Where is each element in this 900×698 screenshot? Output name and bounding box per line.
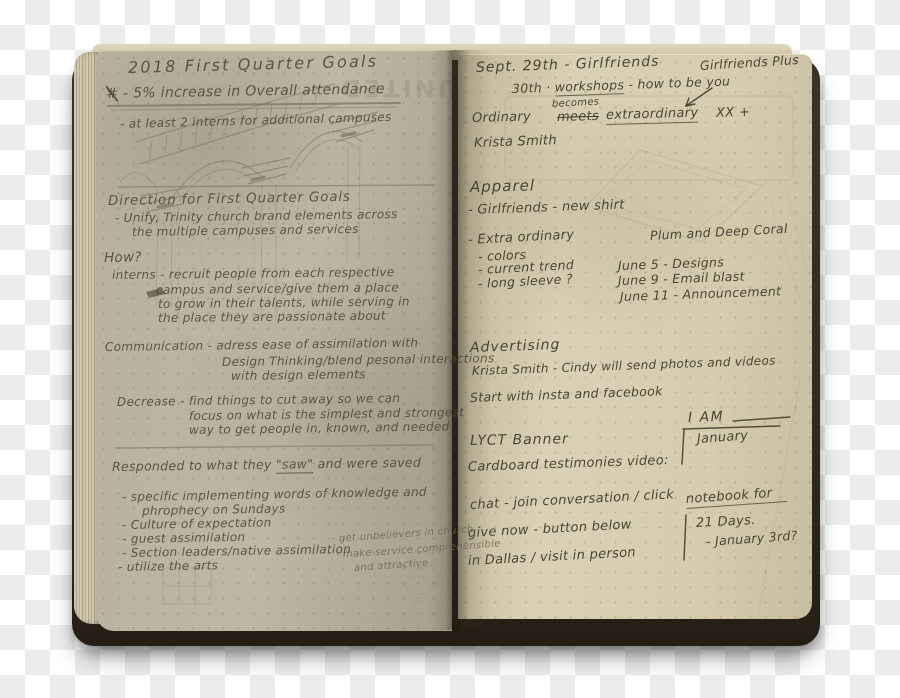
i-am-label: I AM [688, 409, 725, 426]
lyct-banner: LYCT Banner [470, 431, 569, 449]
responded-saw: "saw" [276, 456, 314, 474]
how-line4: the place they are passionate about [158, 309, 386, 325]
xx-plus: XX + [716, 105, 751, 121]
krista-smith-name: Krista Smith [474, 133, 557, 151]
crossed-hash-mark: # [106, 86, 118, 102]
workshops-underlined: workshops [554, 77, 624, 96]
apparel-heading: Apparel [470, 176, 536, 196]
ordinary-word: Ordinary [472, 109, 531, 126]
comm-line3: with design elements [231, 367, 366, 383]
meets-word-struck: meets [557, 109, 599, 125]
extraordinary-word: extraordinary [606, 106, 699, 125]
responded-prefix: Responded to what they [112, 457, 276, 474]
bullet-culture: - Culture of expectation [122, 515, 272, 532]
bullet-arts: - utilize the arts [118, 558, 218, 574]
21-days-label: 21 Days. [696, 513, 756, 531]
responded-suffix: and were saved [313, 455, 421, 472]
how-line1: interns - recruit people from each respe… [112, 265, 395, 282]
notebook-photo: UNITED 2018 First Quarter Goals #- 5% in… [0, 0, 900, 698]
workshops-prefix: 30th · [512, 80, 555, 96]
how-heading: How? [104, 249, 142, 266]
advertising-heading: Advertising [470, 337, 561, 356]
